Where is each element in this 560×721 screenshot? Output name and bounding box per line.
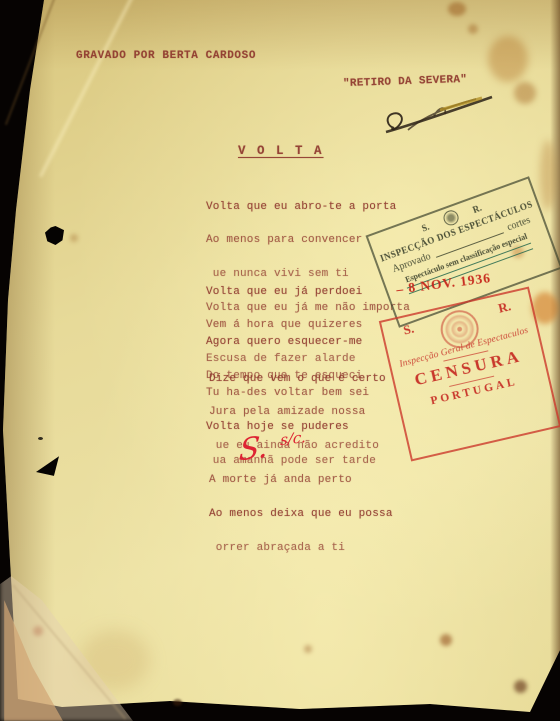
stamp-initial-left: S. — [420, 221, 430, 233]
stain — [514, 680, 527, 693]
stamp-initial-right: R. — [497, 298, 513, 316]
scanned-document: GRAVADO POR BERTA CARDOSO "RETIRO DA SEV… — [0, 0, 560, 721]
author-signature — [378, 86, 502, 140]
lyric-line: orrer abraçada a ti — [209, 543, 393, 554]
stain — [173, 699, 182, 706]
stain — [540, 140, 556, 210]
approval-initial: S. — [238, 429, 270, 468]
lyric-line: Volta que eu abro-te a porta — [206, 202, 410, 213]
stain — [514, 82, 536, 104]
stain — [488, 36, 528, 82]
lyric-line: Vem á hora que quizeres — [206, 320, 376, 331]
stain — [440, 634, 452, 646]
stain — [468, 24, 478, 34]
pin-mark — [38, 437, 43, 440]
song-title: V O L T A — [238, 144, 324, 158]
lyric-line: Volta que eu já perdoei — [206, 287, 376, 298]
approval-notation: s/c. — [280, 428, 307, 449]
lyric-line: Dize que vem o que é certo — [209, 374, 393, 385]
stamp-initial-right: R. — [471, 202, 483, 214]
stain — [304, 645, 312, 653]
recording-credit: GRAVADO POR BERTA CARDOSO — [76, 50, 256, 62]
lyric-line: Ao menos deixa que eu possa — [209, 509, 393, 520]
stain — [70, 234, 78, 242]
stamp-initial-left: S. — [402, 321, 416, 339]
stain — [448, 2, 466, 16]
